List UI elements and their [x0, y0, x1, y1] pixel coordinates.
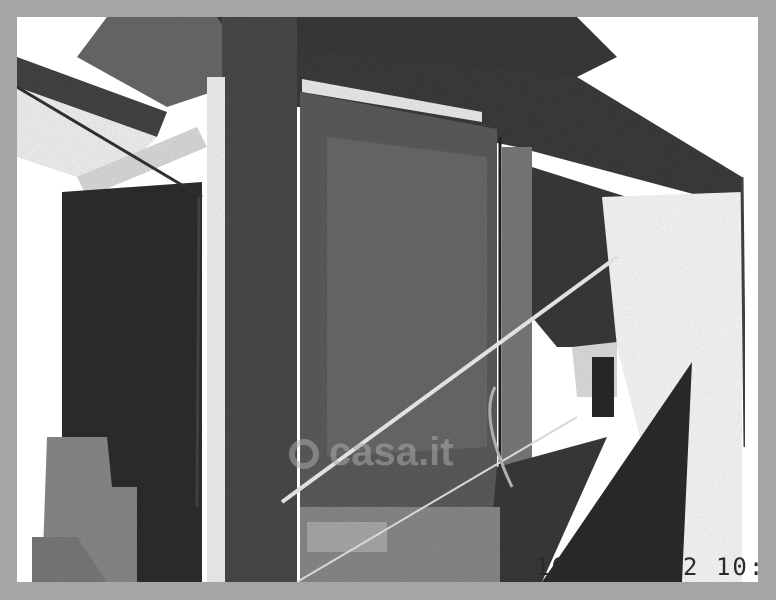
watermark-text: casa.it — [329, 430, 454, 474]
casa-it-watermark: casa.it — [289, 430, 454, 475]
casa-logo-icon — [289, 439, 319, 469]
property-photo: casa.it 16-04-2012 10: — [17, 17, 758, 582]
photo-scene — [17, 17, 758, 582]
date-stamp: 16-04-2012 10: — [535, 553, 758, 581]
